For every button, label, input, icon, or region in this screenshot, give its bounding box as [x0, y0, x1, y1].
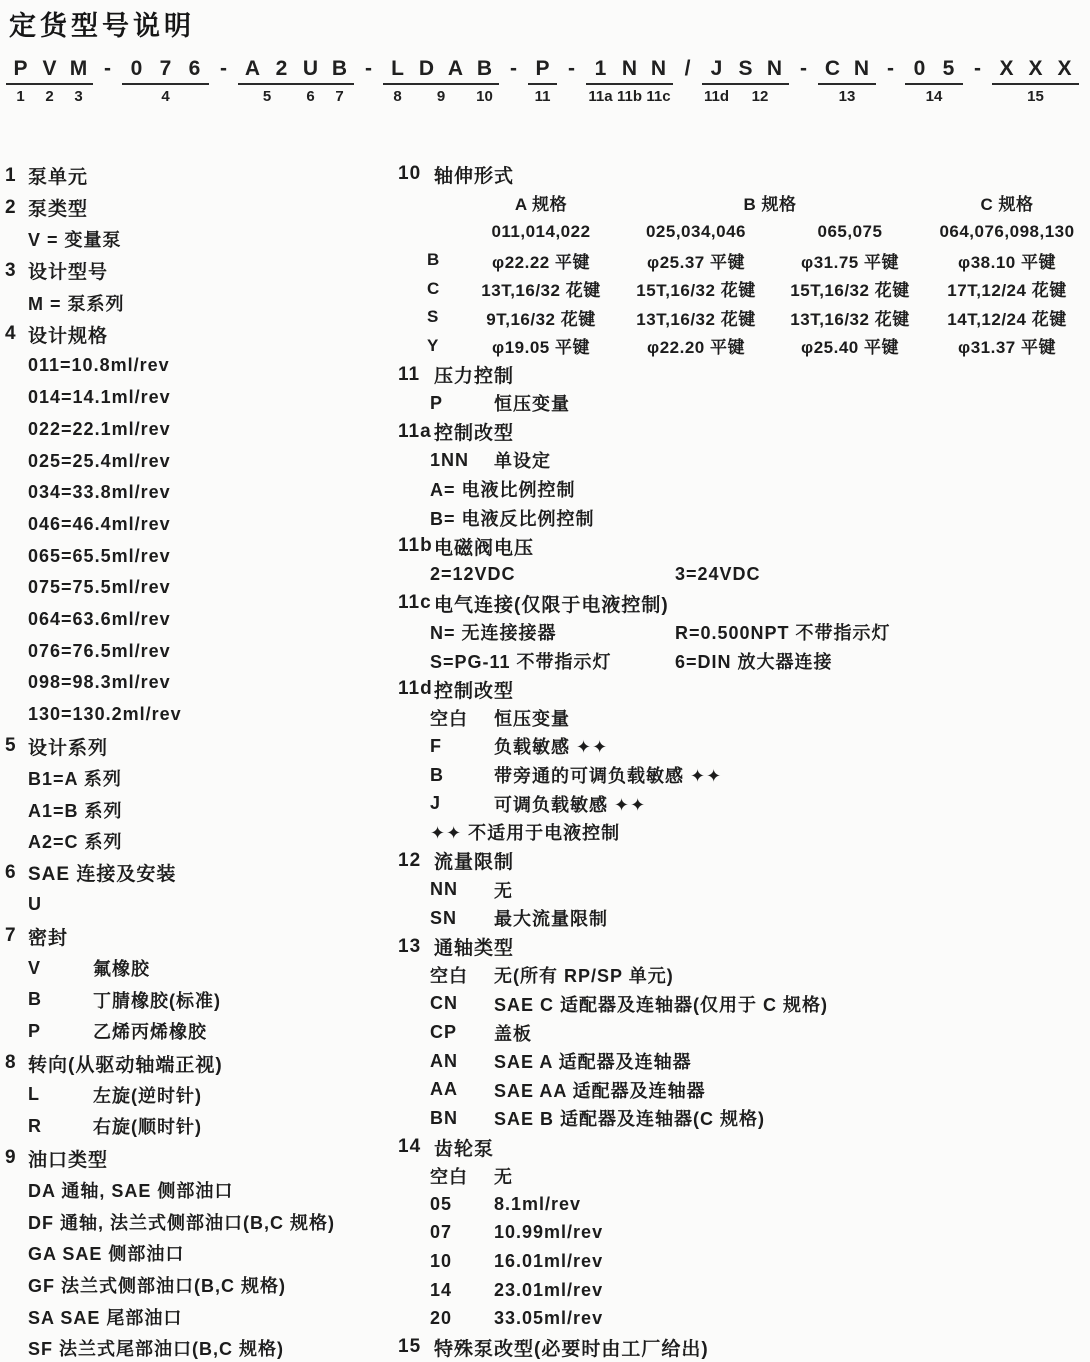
section-number: 9 — [5, 1147, 28, 1169]
row-description: 负载敏感 ✦✦ — [494, 733, 608, 759]
code-position-label — [685, 87, 689, 106]
table-cell: φ38.10 平键 — [924, 246, 1090, 275]
row-description: 10.99ml/rev — [494, 1222, 603, 1243]
table-cell: φ31.75 平键 — [776, 246, 924, 275]
list-item: 2033.05ml/rev — [398, 1304, 1090, 1333]
section-heading: 12流量限制 — [398, 847, 1090, 876]
list-item: B丁腈橡胶(标准) — [5, 984, 393, 1016]
section-heading: 2泵类型 — [5, 192, 393, 224]
table-cell: φ22.20 平键 — [616, 332, 776, 361]
code-group-chars: V — [35, 56, 64, 85]
list-item: 1016.01ml/rev — [398, 1247, 1090, 1276]
row-code: F — [430, 736, 494, 757]
code-separator: / — [673, 56, 702, 106]
list-item: 025=25.4ml/rev — [5, 445, 393, 477]
section-heading: 6SAE 连接及安装 — [5, 857, 393, 889]
section-number: 12 — [398, 850, 434, 872]
row-code: SN — [430, 908, 494, 929]
code-char: - — [93, 56, 122, 81]
section-title: 电气连接(仅限于电液控制) — [434, 590, 669, 617]
section-number: 5 — [5, 735, 28, 757]
section-heading: 13通轴类型 — [398, 932, 1090, 961]
row-text: GA SAE 侧部油口 — [28, 1240, 184, 1266]
code-group-chars: XXX — [992, 56, 1079, 85]
row-code: 20 — [430, 1308, 494, 1329]
code-separator: - — [789, 56, 818, 106]
code-separator: - — [93, 56, 122, 106]
code-group: DA9 — [412, 56, 470, 106]
row-text: 064=63.6ml/rev — [28, 609, 171, 630]
section-heading: 15特殊泵改型(必要时由工厂给出) — [398, 1333, 1090, 1362]
code-group: V2 — [35, 56, 64, 106]
code-position-label: 15 — [1027, 87, 1044, 106]
code-group: J11d — [702, 56, 731, 106]
row-text: 014=14.1ml/rev — [28, 387, 171, 408]
list-item: 130=130.2ml/rev — [5, 699, 393, 731]
code-char: C — [818, 56, 847, 81]
list-item: U — [5, 889, 393, 921]
table-cell: φ25.37 平键 — [616, 246, 776, 275]
row-text: DA 通轴, SAE 侧部油口 — [28, 1177, 233, 1203]
row-description: 左旋(逆时针) — [93, 1082, 202, 1108]
row-description: 乙烯丙烯橡胶 — [93, 1018, 207, 1044]
section-title: 设计型号 — [28, 257, 108, 284]
code-char: J — [702, 56, 731, 81]
row-description: 可调负载敏感 ✦✦ — [494, 791, 646, 817]
row-description: 23.01ml/rev — [494, 1280, 603, 1301]
row-code: L — [28, 1084, 93, 1105]
table-row-code: S — [398, 303, 466, 332]
code-group-chars: U — [296, 56, 325, 85]
list-item: A1=B 系列 — [5, 794, 393, 826]
size-header-cell: 064,076,098,130 — [924, 217, 1090, 246]
code-separator: - — [557, 56, 586, 106]
section-heading: 9油口类型 — [5, 1142, 393, 1174]
code-char: X — [1021, 56, 1050, 81]
code-char: - — [557, 56, 586, 81]
row-text: U — [28, 894, 42, 915]
row-text: DF 通轴, 法兰式侧部油口(B,C 规格) — [28, 1209, 335, 1235]
code-position-label: 4 — [161, 87, 169, 106]
table-cell: φ22.22 平键 — [466, 246, 616, 275]
list-item: 046=46.4ml/rev — [5, 509, 393, 541]
list-item: V = 变量泵 — [5, 223, 393, 255]
code-group-chars: 05 — [905, 56, 963, 85]
code-position-label: 5 — [263, 87, 271, 106]
list-item: 065=65.5ml/rev — [5, 540, 393, 572]
code-group: P1 — [6, 56, 35, 106]
code-group-chars: DA — [412, 56, 470, 85]
row-description: SAE C 适配器及连轴器(仅用于 C 规格) — [494, 991, 828, 1017]
table-cell: 17T,12/24 花键 — [924, 274, 1090, 303]
row-text: SA SAE 尾部油口 — [28, 1304, 182, 1330]
list-item: 2=12VDC3=24VDC — [398, 561, 1090, 590]
code-group-chars: N — [644, 56, 673, 85]
row-text: 046=46.4ml/rev — [28, 514, 171, 535]
row-code: B — [430, 765, 494, 786]
code-char: S — [731, 56, 760, 81]
section-number: 7 — [5, 925, 28, 947]
code-char: V — [35, 56, 64, 81]
code-char: 7 — [151, 56, 180, 81]
code-char: A — [441, 56, 470, 81]
row-option-left: S=PG-11 不带指示灯 — [430, 648, 675, 674]
list-item: SF 法兰式尾部油口(B,C 规格) — [5, 1332, 393, 1362]
right-column: 10轴伸形式A 规格B 规格C 规格011,014,022025,034,046… — [398, 160, 1090, 1362]
left-column: 1泵单元2泵类型V = 变量泵3设计型号M = 泵系列4设计规格011=10.8… — [5, 160, 393, 1362]
row-code: BN — [430, 1108, 494, 1129]
document-page: 定货型号说明 P1V2M3- 0764- A25U6B7- L8DA9B10- … — [0, 0, 1090, 1362]
code-char: 5 — [934, 56, 963, 81]
code-group: XXX15 — [992, 56, 1079, 106]
section-number: 11 — [398, 364, 434, 386]
code-group: M3 — [64, 56, 93, 106]
list-item: 空白无 — [398, 1161, 1090, 1190]
code-group: 0764 — [122, 56, 209, 106]
table-cell: 13T,16/32 花键 — [776, 303, 924, 332]
row-option-right: R=0.500NPT 不带指示灯 — [675, 619, 891, 645]
section-title: 特殊泵改型(必要时由工厂给出) — [434, 1334, 709, 1361]
row-code: B — [28, 989, 93, 1010]
list-item: 1NN单设定 — [398, 446, 1090, 475]
row-code: 10 — [430, 1251, 494, 1272]
list-item: N= 无连接接器R=0.500NPT 不带指示灯 — [398, 618, 1090, 647]
table-cell: 9T,16/32 花键 — [466, 303, 616, 332]
code-group: L8 — [383, 56, 412, 106]
row-code: P — [430, 393, 494, 414]
section-heading: 7密封 — [5, 921, 393, 953]
size-header-cell: 011,014,022 — [466, 217, 616, 246]
shaft-extension-table: A 规格B 规格C 规格011,014,022025,034,046065,07… — [398, 189, 1090, 361]
section-heading: 11c电气连接(仅限于电液控制) — [398, 589, 1090, 618]
section-number: 10 — [398, 163, 434, 185]
code-group-chars: 076 — [122, 56, 209, 85]
section-title: 控制改型 — [434, 676, 514, 703]
row-text: A2=C 系列 — [28, 828, 123, 854]
row-description: 无 — [494, 1163, 513, 1189]
code-separator: - — [499, 56, 528, 106]
list-item: SN最大流量限制 — [398, 904, 1090, 933]
section-heading: 11b电磁阀电压 — [398, 532, 1090, 561]
list-item: P乙烯丙烯橡胶 — [5, 1016, 393, 1048]
code-group-chars: A2 — [238, 56, 296, 85]
section-title: 泵类型 — [28, 194, 88, 221]
code-separator: - — [963, 56, 992, 106]
page-title: 定货型号说明 — [9, 4, 195, 43]
row-text: 065=65.5ml/rev — [28, 546, 171, 567]
code-char: A — [238, 56, 267, 81]
list-item: ✦✦ 不适用于电液控制 — [398, 818, 1090, 847]
list-item: R右旋(顺时针) — [5, 1111, 393, 1143]
section-heading: 11a控制改型 — [398, 417, 1090, 446]
row-option-left: N= 无连接接器 — [430, 619, 675, 645]
code-group: P11 — [528, 56, 557, 106]
code-group-chars: B — [325, 56, 354, 85]
code-char: X — [1050, 56, 1079, 81]
code-group-chars: - — [93, 56, 122, 85]
section-number: 1 — [5, 165, 28, 187]
row-description: 最大流量限制 — [494, 905, 608, 931]
row-description: 16.01ml/rev — [494, 1251, 603, 1272]
code-group: CN13 — [818, 56, 876, 106]
row-code: 空白 — [430, 1163, 494, 1189]
row-text: 098=98.3ml/rev — [28, 672, 171, 693]
section-number: 6 — [5, 862, 28, 884]
table-cell: 15T,16/32 花键 — [776, 274, 924, 303]
section-number: 13 — [398, 936, 434, 958]
row-description: SAE A 适配器及连轴器 — [494, 1048, 692, 1074]
section-heading: 11d控制改型 — [398, 675, 1090, 704]
row-code: V — [28, 958, 93, 979]
row-description: 带旁通的可调负载敏感 ✦✦ — [494, 762, 722, 788]
code-group-chars: - — [499, 56, 528, 85]
list-item: 1423.01ml/rev — [398, 1276, 1090, 1305]
code-position-label: 3 — [74, 87, 82, 106]
list-item: A2=C 系列 — [5, 825, 393, 857]
section-heading: 1泵单元 — [5, 160, 393, 192]
code-group-chars: - — [963, 56, 992, 85]
spec-header-cell: B 规格 — [616, 189, 924, 218]
section-heading: 8转向(从驱动轴端正视) — [5, 1047, 393, 1079]
code-group-chars: / — [673, 56, 702, 85]
section-number: 11d — [398, 678, 434, 700]
row-text: B1=A 系列 — [28, 765, 122, 791]
code-position-label: 7 — [335, 87, 343, 106]
code-separator: - — [209, 56, 238, 106]
code-group-chars: L — [383, 56, 412, 85]
section-title: 控制改型 — [434, 418, 514, 445]
list-item: 空白恒压变量 — [398, 704, 1090, 733]
list-item: L左旋(逆时针) — [5, 1079, 393, 1111]
code-group-chars: P — [528, 56, 557, 85]
code-char: - — [354, 56, 383, 81]
section-title: 通轴类型 — [434, 933, 514, 960]
code-group-chars: N — [615, 56, 644, 85]
row-text: A1=B 系列 — [28, 797, 123, 823]
list-item: GF 法兰式侧部油口(B,C 规格) — [5, 1269, 393, 1301]
list-item: 075=75.5ml/rev — [5, 572, 393, 604]
code-position-label: 11 — [535, 87, 551, 106]
list-item: 022=22.1ml/rev — [5, 414, 393, 446]
section-heading: 4设计规格 — [5, 318, 393, 350]
row-code: 1NN — [430, 450, 494, 471]
code-char: 2 — [267, 56, 296, 81]
code-group-chars: - — [876, 56, 905, 85]
code-position-label: 9 — [437, 87, 445, 106]
section-heading: 14齿轮泵 — [398, 1133, 1090, 1162]
code-char: - — [876, 56, 905, 81]
code-group-chars: - — [354, 56, 383, 85]
code-char: - — [963, 56, 992, 81]
code-position-label — [569, 87, 573, 106]
code-position-label: 8 — [393, 87, 401, 106]
row-code: NN — [430, 879, 494, 900]
table-cell: φ31.37 平键 — [924, 332, 1090, 361]
code-group-chars: SN — [731, 56, 789, 85]
section-number: 15 — [398, 1336, 434, 1358]
list-item: 0710.99ml/rev — [398, 1219, 1090, 1248]
row-code: 07 — [430, 1222, 494, 1243]
list-item: CP盖板 — [398, 1018, 1090, 1047]
code-position-label — [105, 87, 109, 106]
code-position-label: 11b — [617, 87, 642, 106]
list-item: GA SAE 侧部油口 — [5, 1237, 393, 1269]
list-item: 空白无(所有 RP/SP 单元) — [398, 961, 1090, 990]
row-description: 单设定 — [494, 447, 551, 473]
section-title: 设计规格 — [28, 321, 108, 348]
code-position-label — [888, 87, 892, 106]
code-group-chars: M — [64, 56, 93, 85]
code-char: - — [789, 56, 818, 81]
row-code: 空白 — [430, 705, 494, 731]
list-item: NN无 — [398, 875, 1090, 904]
row-description: 右旋(顺时针) — [93, 1113, 202, 1139]
row-code: CN — [430, 993, 494, 1014]
empty-cell — [398, 217, 466, 246]
section-heading: 10轴伸形式 — [398, 160, 1090, 189]
model-code-line: P1V2M3- 0764- A25U6B7- L8DA9B10- P11- 11… — [6, 56, 1079, 106]
section-title: 设计系列 — [28, 733, 108, 760]
list-item: B1=A 系列 — [5, 762, 393, 794]
code-group-chars: CN — [818, 56, 876, 85]
row-description: 无 — [494, 877, 513, 903]
spec-header-cell: A 规格 — [466, 189, 616, 218]
row-code: AN — [430, 1051, 494, 1072]
list-item: J可调负载敏感 ✦✦ — [398, 789, 1090, 818]
code-char: - — [209, 56, 238, 81]
row-description: 8.1ml/rev — [494, 1194, 581, 1215]
size-header-cell: 065,075 — [776, 217, 924, 246]
row-description: SAE AA 适配器及连轴器 — [494, 1077, 706, 1103]
list-item: B带旁通的可调负载敏感 ✦✦ — [398, 761, 1090, 790]
code-group: N11b — [615, 56, 644, 106]
code-position-label — [221, 87, 225, 106]
list-item: 064=63.6ml/rev — [5, 604, 393, 636]
code-group: A25 — [238, 56, 296, 106]
code-group: U6 — [296, 56, 325, 106]
code-char: 1 — [586, 56, 615, 81]
row-text: A= 电液比例控制 — [430, 476, 576, 502]
section-number: 4 — [5, 323, 28, 345]
code-group: B7 — [325, 56, 354, 106]
list-item: AASAE AA 适配器及连轴器 — [398, 1076, 1090, 1105]
code-char: / — [673, 56, 702, 81]
list-item: 034=33.8ml/rev — [5, 477, 393, 509]
code-char: B — [470, 56, 499, 81]
code-char: X — [992, 56, 1021, 81]
size-header-cell: 025,034,046 — [616, 217, 776, 246]
section-number: 11b — [398, 535, 434, 557]
section-title: 轴伸形式 — [434, 161, 514, 188]
table-row-code: Y — [398, 332, 466, 361]
section-title: 压力控制 — [434, 361, 514, 388]
list-item: 058.1ml/rev — [398, 1190, 1090, 1219]
code-char: 6 — [180, 56, 209, 81]
row-description: 盖板 — [494, 1020, 532, 1046]
section-number: 3 — [5, 260, 28, 282]
table-cell: 13T,16/32 花键 — [616, 303, 776, 332]
list-item: DF 通轴, 法兰式侧部油口(B,C 规格) — [5, 1206, 393, 1238]
code-position-label: 11a — [588, 87, 612, 106]
row-text: 025=25.4ml/rev — [28, 451, 171, 472]
row-code: CP — [430, 1022, 494, 1043]
list-item: V氟橡胶 — [5, 952, 393, 984]
section-title: 密封 — [28, 923, 68, 950]
code-char: N — [760, 56, 789, 81]
row-text: 034=33.8ml/rev — [28, 482, 171, 503]
section-title: 齿轮泵 — [434, 1134, 494, 1161]
list-item: ANSAE A 适配器及连轴器 — [398, 1047, 1090, 1076]
row-code: J — [430, 793, 494, 814]
table-cell: 14T,12/24 花键 — [924, 303, 1090, 332]
code-char: L — [383, 56, 412, 81]
code-char: N — [847, 56, 876, 81]
table-cell: 13T,16/32 花键 — [466, 274, 616, 303]
code-position-label — [975, 87, 979, 106]
row-description: 33.05ml/rev — [494, 1308, 603, 1329]
row-option-right: 3=24VDC — [675, 564, 761, 585]
code-position-label: 10 — [476, 87, 493, 106]
row-code: 空白 — [430, 962, 494, 988]
list-item: BNSAE B 适配器及连轴器(C 规格) — [398, 1104, 1090, 1133]
row-text: B= 电液反比例控制 — [430, 505, 595, 531]
row-description: 无(所有 RP/SP 单元) — [494, 962, 674, 988]
row-code: P — [28, 1021, 93, 1042]
row-text: SF 法兰式尾部油口(B,C 规格) — [28, 1335, 284, 1361]
list-item: 014=14.1ml/rev — [5, 382, 393, 414]
section-title: 流量限制 — [434, 847, 514, 874]
code-char: B — [325, 56, 354, 81]
section-title: 电磁阀电压 — [434, 533, 534, 560]
code-char: P — [528, 56, 557, 81]
code-position-label: 14 — [926, 87, 943, 106]
row-text: GF 法兰式侧部油口(B,C 规格) — [28, 1272, 286, 1298]
code-char: D — [412, 56, 441, 81]
code-position-label: 1 — [16, 87, 24, 106]
code-position-label: 13 — [839, 87, 856, 106]
table-cell: 15T,16/32 花键 — [616, 274, 776, 303]
code-position-label — [801, 87, 805, 106]
code-char: - — [499, 56, 528, 81]
code-char: N — [644, 56, 673, 81]
code-position-label: 2 — [45, 87, 53, 106]
code-group: N11c — [644, 56, 673, 106]
table-cell: φ25.40 平键 — [776, 332, 924, 361]
code-group: 0514 — [905, 56, 963, 106]
code-group-chars: J — [702, 56, 731, 85]
list-item: B= 电液反比例控制 — [398, 503, 1090, 532]
row-text: 130=130.2ml/rev — [28, 704, 182, 725]
list-item: 076=76.5ml/rev — [5, 635, 393, 667]
row-text: V = 变量泵 — [28, 226, 122, 252]
row-option-right: 6=DIN 放大器连接 — [675, 648, 833, 674]
section-title: SAE 连接及安装 — [28, 859, 176, 886]
row-description: 恒压变量 — [494, 705, 570, 731]
code-group-chars: - — [209, 56, 238, 85]
code-char: N — [615, 56, 644, 81]
code-position-label: 11c — [646, 87, 670, 106]
list-item: F负载敏感 ✦✦ — [398, 732, 1090, 761]
code-char: 0 — [122, 56, 151, 81]
row-description: 丁腈橡胶(标准) — [93, 987, 221, 1013]
section-heading: 3设计型号 — [5, 255, 393, 287]
code-position-label: 11d — [704, 87, 729, 106]
section-heading: 11压力控制 — [398, 360, 1090, 389]
list-item: A= 电液比例控制 — [398, 475, 1090, 504]
table-row-code: B — [398, 246, 466, 275]
code-position-label: 6 — [306, 87, 314, 106]
section-number: 8 — [5, 1052, 28, 1074]
